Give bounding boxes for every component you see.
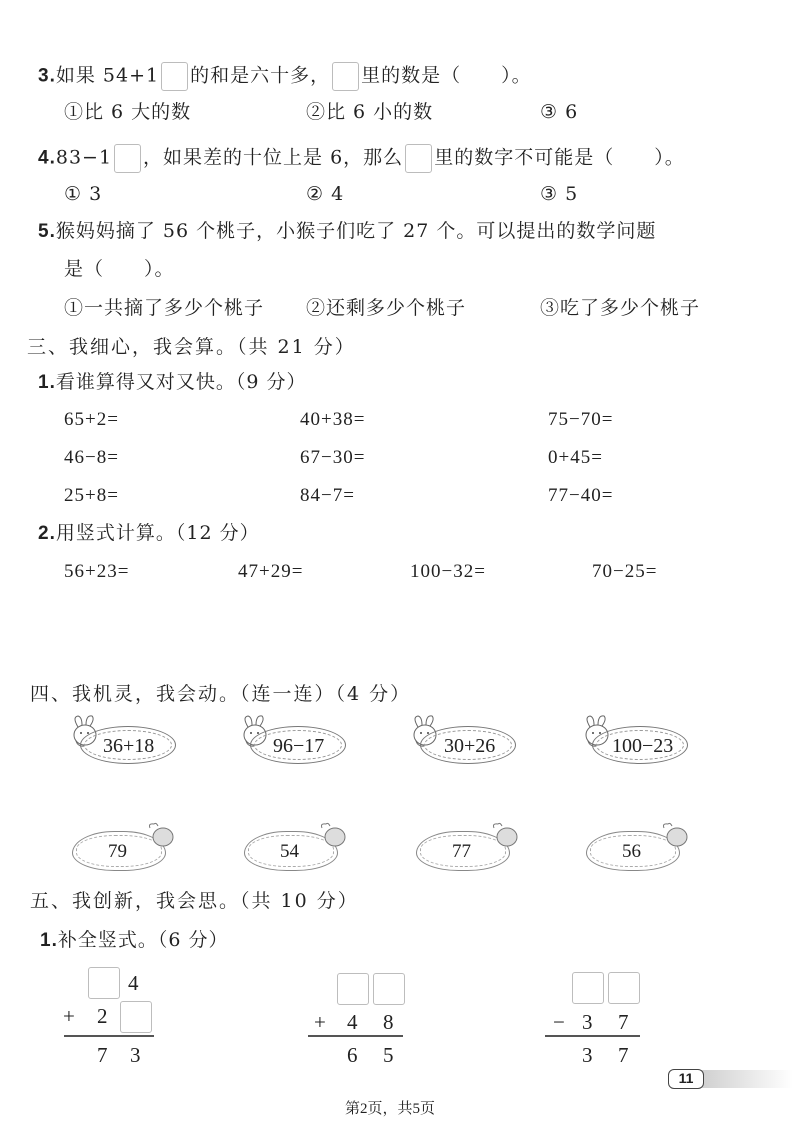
section-3-part-2: 2.用竖式计算。（12 分） [38,521,260,546]
calc-item[interactable]: 67−30= [300,446,365,470]
calc-item[interactable]: 0+45= [548,446,603,470]
option-2[interactable]: ② 4 [306,182,344,206]
digit: 7 [618,1010,629,1035]
operator: − [553,1010,565,1035]
digit-box[interactable] [88,967,120,999]
question-3: 3.如果 54+1的和是六十多，里的数是（ ）。 [38,62,532,91]
digit: 4 [347,1010,358,1035]
carrot-icon [146,822,176,850]
digit-box[interactable] [120,1001,152,1033]
operator: + [314,1010,326,1035]
digit: 7 [97,1043,108,1068]
calc-item[interactable]: 65+2= [64,408,119,432]
digit: 2 [97,1004,108,1029]
option-3[interactable]: ③吃了多少个桃子 [540,296,700,320]
section-4-title: 四、我机灵，我会动。（连一连）（4 分） [30,679,411,706]
question-number: 3. [38,66,56,87]
expression-text: 30+26 [444,735,495,758]
digit: 3 [582,1010,593,1035]
difference-line [545,1035,640,1037]
page-badge-bar [700,1070,793,1088]
question-text: ，如果差的十位上是 6，那么 [143,147,403,169]
digit: 3 [582,1043,593,1068]
calc-item[interactable]: 25+8= [64,484,119,508]
question-4: 4.83−1，如果差的十位上是 6，那么里的数字不可能是（ ）。 [38,144,685,173]
digit-box[interactable] [337,973,369,1005]
digit: 4 [128,971,139,996]
calc-item[interactable]: 84−7= [300,484,355,508]
answer-text: 56 [622,841,641,863]
answer-box[interactable] [405,144,432,173]
question-number: 1. [40,930,58,951]
section-3-title: 三、我细心，我会算。（共 21 分） [27,332,356,359]
calc-item[interactable]: 40+38= [300,408,365,432]
digit-box[interactable] [373,973,405,1005]
part-title: 用竖式计算。（12 分） [56,522,260,544]
option-3[interactable]: ③ 6 [540,100,578,124]
answer-text: 79 [108,841,127,863]
answer-text: 54 [280,841,299,863]
question-text: 83−1 [56,147,112,169]
question-number: 5. [38,221,56,242]
sum-line [64,1035,154,1037]
digit: 8 [383,1010,394,1035]
section-5-part-1: 1.补全竖式。（6 分） [40,928,229,953]
sum-line [308,1035,403,1037]
answer-box[interactable] [332,62,359,91]
digit: 5 [383,1043,394,1068]
calc-item[interactable]: 46−8= [64,446,119,470]
vertical-calc-item[interactable]: 100−32= [410,560,486,584]
question-text: 猴妈妈摘了 56 个桃子，小猴子们吃了 27 个。可以提出的数学问题 [56,220,657,242]
question-text-line2: 是（ ）。 [64,257,175,281]
option-2[interactable]: ②比 6 小的数 [306,100,433,124]
expression-text: 96−17 [273,735,324,758]
page-footer: 第2页，共5页 [345,1097,435,1118]
carrot-icon [660,822,690,850]
question-text: 里的数字不可能是（ ）。 [434,147,685,169]
expression-text: 100−23 [612,735,673,758]
calc-item[interactable]: 77−40= [548,484,613,508]
carrot-icon [490,822,520,850]
question-number: 4. [38,148,56,169]
answer-box[interactable] [161,62,188,91]
part-title: 补全竖式。（6 分） [58,929,229,951]
answer-text: 77 [452,841,471,863]
question-text: 里的数是（ ）。 [361,65,532,87]
option-1[interactable]: ① 3 [64,182,102,206]
option-3[interactable]: ③ 5 [540,182,578,206]
digit: 3 [130,1043,141,1068]
digit-box[interactable] [572,972,604,1004]
option-2[interactable]: ②还剩多少个桃子 [306,296,466,320]
vertical-calc-item[interactable]: 56+23= [64,560,129,584]
vertical-calc-item[interactable]: 47+29= [238,560,303,584]
expression-text: 36+18 [103,735,154,758]
carrot-icon [318,822,348,850]
answer-box[interactable] [114,144,141,173]
question-text: 如果 54+1 [56,65,159,87]
option-1[interactable]: ①一共摘了多少个桃子 [64,296,264,320]
digit: 6 [347,1043,358,1068]
page-number-badge: 11 [668,1069,704,1089]
question-5: 5.猴妈妈摘了 56 个桃子，小猴子们吃了 27 个。可以提出的数学问题 [38,219,656,244]
operator: + [63,1004,75,1029]
section-5-title: 五、我创新，我会思。（共 10 分） [30,886,359,913]
part-title: 看谁算得又对又快。（9 分） [56,371,307,393]
calc-item[interactable]: 75−70= [548,408,613,432]
section-3-part-1: 1.看谁算得又对又快。（9 分） [38,370,307,395]
question-number: 2. [38,523,56,544]
question-text: 的和是六十多， [190,65,330,87]
digit-box[interactable] [608,972,640,1004]
question-number: 1. [38,372,56,393]
option-1[interactable]: ①比 6 大的数 [64,100,191,124]
digit: 7 [618,1043,629,1068]
vertical-calc-item[interactable]: 70−25= [592,560,657,584]
